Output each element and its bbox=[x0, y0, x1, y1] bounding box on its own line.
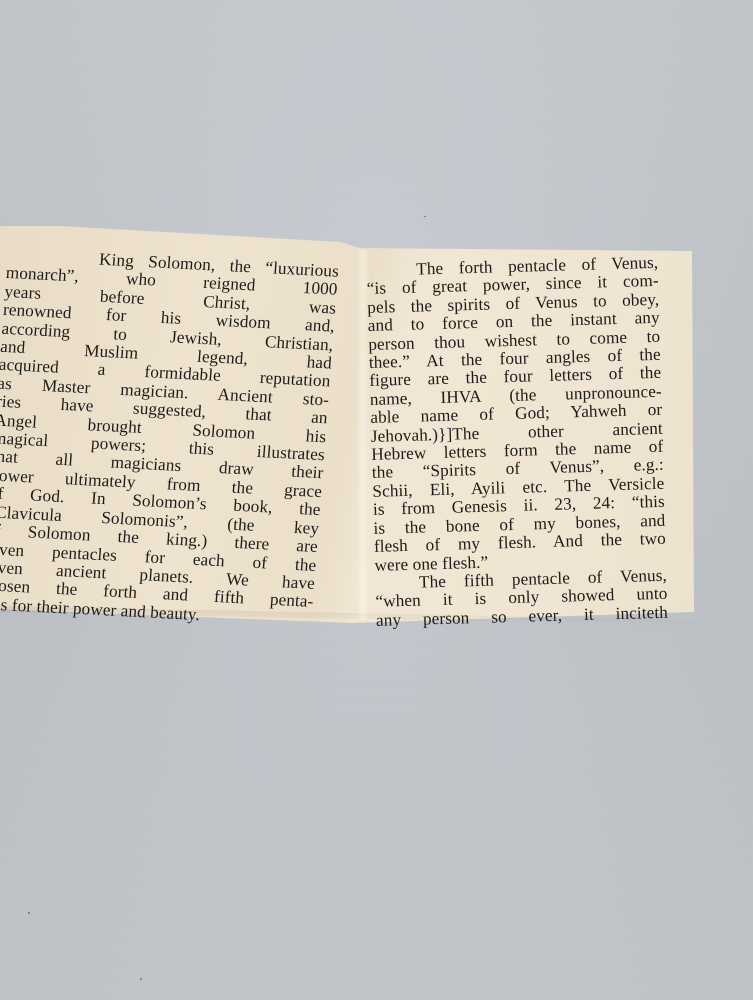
right-text-column: The forth pentacle of Venus, “is of grea… bbox=[366, 254, 668, 630]
left-text-column: King Solomon, the “luxurious monarch”, w… bbox=[0, 246, 340, 630]
dust-speck bbox=[424, 216, 426, 217]
dust-speck bbox=[140, 978, 142, 980]
dust-speck bbox=[28, 912, 30, 914]
